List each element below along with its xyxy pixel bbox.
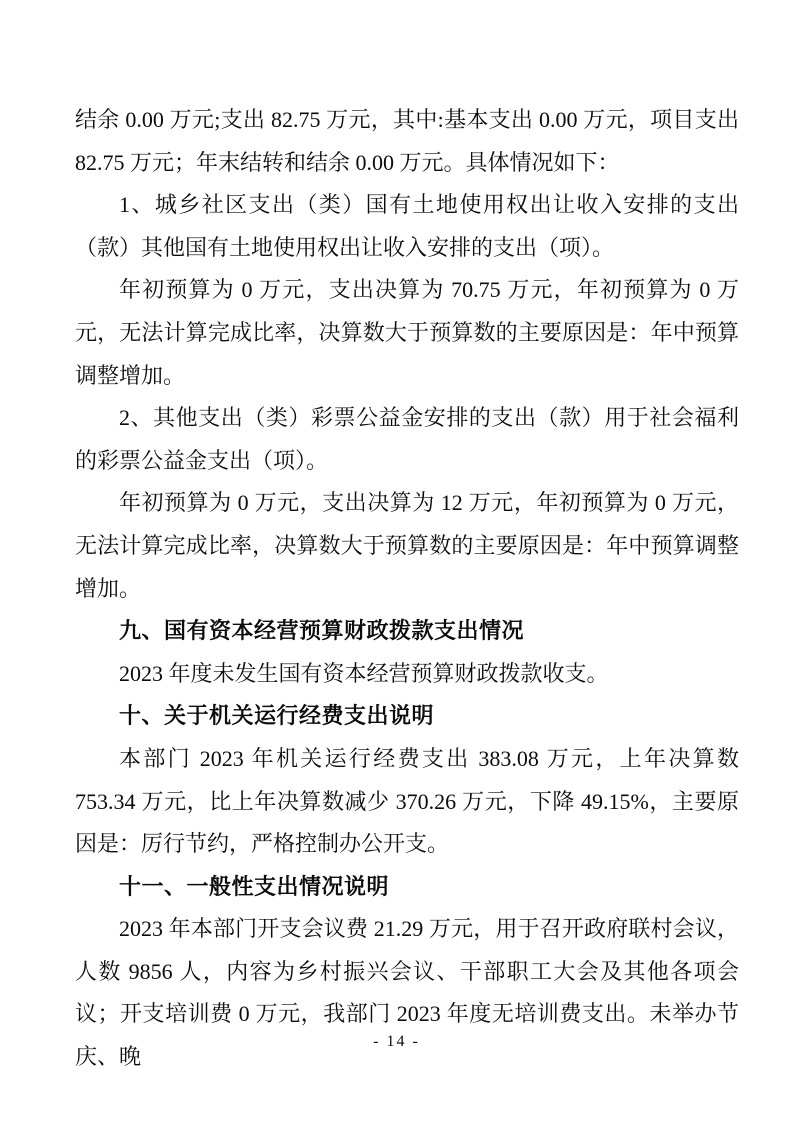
document-page: 结余 0.00 万元;支出 82.75 万元，其中:基本支出 0.00 万元，项… bbox=[0, 0, 793, 1122]
section-heading: 九、国有资本经营预算财政拨款支出情况 bbox=[75, 610, 739, 653]
document-body: 结余 0.00 万元;支出 82.75 万元，其中:基本支出 0.00 万元，项… bbox=[75, 99, 739, 1079]
paragraph: 2023 年本部门开支会议费 21.29 万元，用于召开政府联村会议，人数 98… bbox=[75, 908, 739, 1078]
section-heading: 十一、一般性支出情况说明 bbox=[75, 866, 739, 909]
page-number: - 14 - bbox=[0, 1033, 793, 1051]
paragraph: 年初预算为 0 万元，支出决算为 70.75 万元，年初预算为 0 万元，无法计… bbox=[75, 269, 739, 397]
paragraph: 2023 年度未发生国有资本经营预算财政拨款收支。 bbox=[75, 653, 739, 696]
section-heading: 十、关于机关运行经费支出说明 bbox=[75, 695, 739, 738]
paragraph: 年初预算为 0 万元，支出决算为 12 万元，年初预算为 0 万元，无法计算完成… bbox=[75, 482, 739, 610]
paragraph: 结余 0.00 万元;支出 82.75 万元，其中:基本支出 0.00 万元，项… bbox=[75, 99, 739, 184]
paragraph: 2、其他支出（类）彩票公益金安排的支出（款）用于社会福利的彩票公益金支出（项）。 bbox=[75, 397, 739, 482]
paragraph: 1、城乡社区支出（类）国有土地使用权出让收入安排的支出（款）其他国有土地使用权出… bbox=[75, 184, 739, 269]
paragraph: 本部门 2023 年机关运行经费支出 383.08 万元，上年决算数 753.3… bbox=[75, 738, 739, 866]
